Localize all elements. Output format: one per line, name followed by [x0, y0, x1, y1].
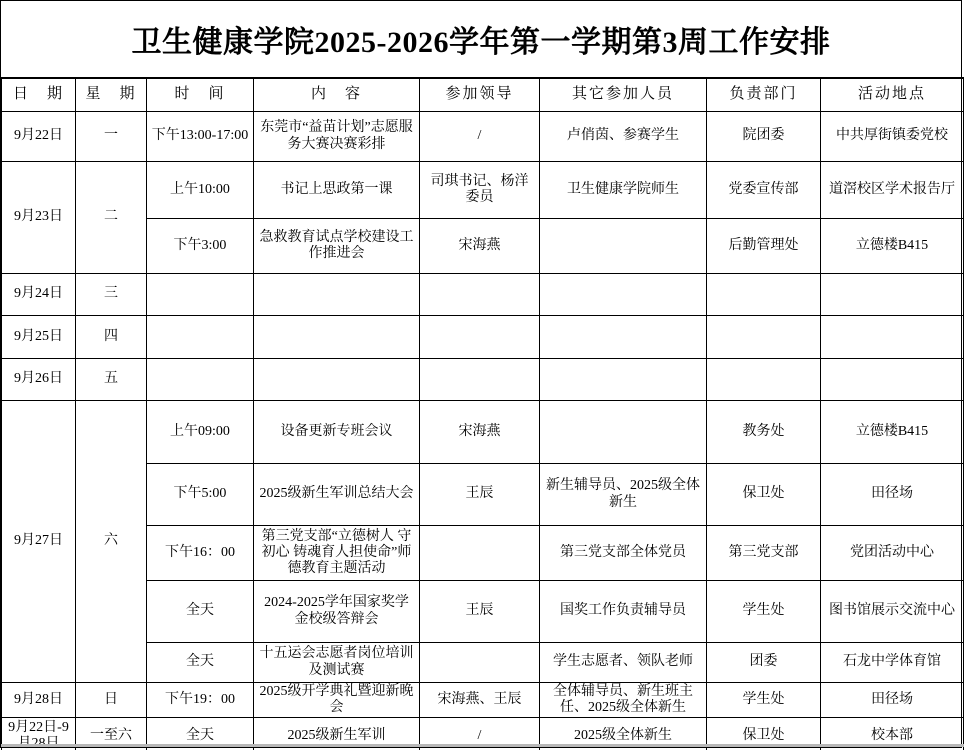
cell-content: 书记上思政第一课 — [254, 162, 420, 219]
cell-time: 上午10:00 — [147, 162, 254, 219]
cell-date: 9月22日 — [2, 112, 76, 162]
cell-week: 六 — [76, 401, 147, 683]
header-week: 星 期 — [76, 78, 147, 112]
cell-date: 9月25日 — [2, 316, 76, 359]
cell-time: 下午5:00 — [147, 464, 254, 526]
cell-date: 9月27日 — [2, 401, 76, 683]
cell-time: 下午3:00 — [147, 219, 254, 274]
cell-location: 道滘校区学术报告厅 — [821, 162, 964, 219]
table-row: 全天2024-2025学年国家奖学金校级答辩会王辰国奖工作负责辅导员学生处图书馆… — [2, 581, 964, 643]
cell-location: 图书馆展示交流中心 — [821, 581, 964, 643]
cell-others: 国奖工作负责辅导员 — [540, 581, 707, 643]
cell-content — [254, 274, 420, 316]
cell-time: 全天 — [147, 643, 254, 683]
cell-dept: 团委 — [707, 643, 821, 683]
cell-content: 2024-2025学年国家奖学金校级答辩会 — [254, 581, 420, 643]
table-row: 9月25日四 — [2, 316, 964, 359]
cell-dept: 教务处 — [707, 401, 821, 464]
cell-week: 日 — [76, 683, 147, 718]
cell-dept: 学生处 — [707, 683, 821, 718]
header-row: 日 期 星 期 时 间 内 容 参加领导 其它参加人员 负责部门 活动地点 — [2, 78, 964, 112]
cell-week: 一 — [76, 112, 147, 162]
cell-leaders: 宋海燕 — [420, 401, 540, 464]
cell-others: 全体辅导员、新生班主任、2025级全体新生 — [540, 683, 707, 718]
cell-location: 立德楼B415 — [821, 219, 964, 274]
cell-dept — [707, 274, 821, 316]
cell-content: 2025级开学典礼暨迎新晚会 — [254, 683, 420, 718]
table-row: 9月27日六上午09:00设备更新专班会议宋海燕教务处立德楼B415 — [2, 401, 964, 464]
cell-others — [540, 401, 707, 464]
cell-content: 第三党支部“立德树人 守初心 铸魂育人担使命”师德教育主题活动 — [254, 526, 420, 581]
cell-leaders — [420, 274, 540, 316]
cell-others — [540, 316, 707, 359]
header-dept: 负责部门 — [707, 78, 821, 112]
cell-dept — [707, 316, 821, 359]
cell-others — [540, 219, 707, 274]
cell-leaders: 王辰 — [420, 464, 540, 526]
cell-time — [147, 316, 254, 359]
cell-location: 石龙中学体育馆 — [821, 643, 964, 683]
table-row: 9月23日二上午10:00书记上思政第一课司琪书记、杨洋委员卫生健康学院师生党委… — [2, 162, 964, 219]
cell-leaders: 王辰 — [420, 581, 540, 643]
cell-location: 田径场 — [821, 464, 964, 526]
cell-date: 9月26日 — [2, 359, 76, 401]
cell-time: 全天 — [147, 581, 254, 643]
cell-location — [821, 359, 964, 401]
cell-others: 卫生健康学院师生 — [540, 162, 707, 219]
cell-dept: 后勤管理处 — [707, 219, 821, 274]
header-others: 其它参加人员 — [540, 78, 707, 112]
table-row: 全天十五运会志愿者岗位培训及测试赛学生志愿者、领队老师团委石龙中学体育馆 — [2, 643, 964, 683]
schedule-table: 日 期 星 期 时 间 内 容 参加领导 其它参加人员 负责部门 活动地点 9月… — [1, 77, 964, 750]
cell-dept: 学生处 — [707, 581, 821, 643]
header-time: 时 间 — [147, 78, 254, 112]
table-row: 9月28日日下午19：002025级开学典礼暨迎新晚会宋海燕、王辰全体辅导员、新… — [2, 683, 964, 718]
table-row: 下午16：00第三党支部“立德树人 守初心 铸魂育人担使命”师德教育主题活动第三… — [2, 526, 964, 581]
cell-dept: 保卫处 — [707, 464, 821, 526]
cell-others — [540, 274, 707, 316]
cell-leaders — [420, 359, 540, 401]
cell-content: 十五运会志愿者岗位培训及测试赛 — [254, 643, 420, 683]
cell-leaders: / — [420, 112, 540, 162]
header-date: 日 期 — [2, 78, 76, 112]
table-row: 下午3:00急救教育试点学校建设工作推进会宋海燕后勤管理处立德楼B415 — [2, 219, 964, 274]
cell-week: 二 — [76, 162, 147, 274]
cell-content — [254, 316, 420, 359]
cell-date: 9月23日 — [2, 162, 76, 274]
cell-content: 设备更新专班会议 — [254, 401, 420, 464]
cell-date: 9月28日 — [2, 683, 76, 718]
cell-dept: 党委宣传部 — [707, 162, 821, 219]
header-location: 活动地点 — [821, 78, 964, 112]
cell-location: 立德楼B415 — [821, 401, 964, 464]
cell-leaders: 司琪书记、杨洋委员 — [420, 162, 540, 219]
schedule-table-header: 日 期 星 期 时 间 内 容 参加领导 其它参加人员 负责部门 活动地点 — [2, 78, 964, 112]
cell-leaders — [420, 526, 540, 581]
header-content: 内 容 — [254, 78, 420, 112]
cell-others: 卢俏茵、参赛学生 — [540, 112, 707, 162]
cell-time: 下午16：00 — [147, 526, 254, 581]
window-bottom-edge — [1, 744, 964, 747]
cell-location — [821, 274, 964, 316]
cell-dept — [707, 359, 821, 401]
cell-leaders: 宋海燕 — [420, 219, 540, 274]
cell-week: 三 — [76, 274, 147, 316]
cell-content — [254, 359, 420, 401]
cell-time: 下午13:00-17:00 — [147, 112, 254, 162]
cell-content: 急救教育试点学校建设工作推进会 — [254, 219, 420, 274]
cell-others: 第三党支部全体党员 — [540, 526, 707, 581]
table-row: 9月22日一下午13:00-17:00东莞市“益苗计划”志愿服务大赛决赛彩排/卢… — [2, 112, 964, 162]
table-row: 下午5:002025级新生军训总结大会王辰新生辅导员、2025级全体新生保卫处田… — [2, 464, 964, 526]
cell-week: 五 — [76, 359, 147, 401]
cell-leaders — [420, 643, 540, 683]
cell-leaders — [420, 316, 540, 359]
cell-time: 下午19：00 — [147, 683, 254, 718]
cell-dept: 院团委 — [707, 112, 821, 162]
cell-location: 田径场 — [821, 683, 964, 718]
cell-date: 9月24日 — [2, 274, 76, 316]
table-row: 9月26日五 — [2, 359, 964, 401]
header-leaders: 参加领导 — [420, 78, 540, 112]
cell-location: 中共厚街镇委党校 — [821, 112, 964, 162]
cell-week: 四 — [76, 316, 147, 359]
cell-time — [147, 359, 254, 401]
cell-others — [540, 359, 707, 401]
cell-others: 学生志愿者、领队老师 — [540, 643, 707, 683]
table-row: 9月24日三 — [2, 274, 964, 316]
cell-location: 党团活动中心 — [821, 526, 964, 581]
cell-location — [821, 316, 964, 359]
cell-time — [147, 274, 254, 316]
cell-others: 新生辅导员、2025级全体新生 — [540, 464, 707, 526]
cell-content: 2025级新生军训总结大会 — [254, 464, 420, 526]
schedule-document: 卫生健康学院2025-2026学年第一学期第3周工作安排 日 期 星 期 时 间… — [0, 0, 962, 748]
cell-leaders: 宋海燕、王辰 — [420, 683, 540, 718]
schedule-table-body: 9月22日一下午13:00-17:00东莞市“益苗计划”志愿服务大赛决赛彩排/卢… — [2, 112, 964, 750]
page-title: 卫生健康学院2025-2026学年第一学期第3周工作安排 — [132, 17, 831, 61]
cell-time: 上午09:00 — [147, 401, 254, 464]
title-bar: 卫生健康学院2025-2026学年第一学期第3周工作安排 — [1, 1, 961, 77]
cell-dept: 第三党支部 — [707, 526, 821, 581]
cell-content: 东莞市“益苗计划”志愿服务大赛决赛彩排 — [254, 112, 420, 162]
